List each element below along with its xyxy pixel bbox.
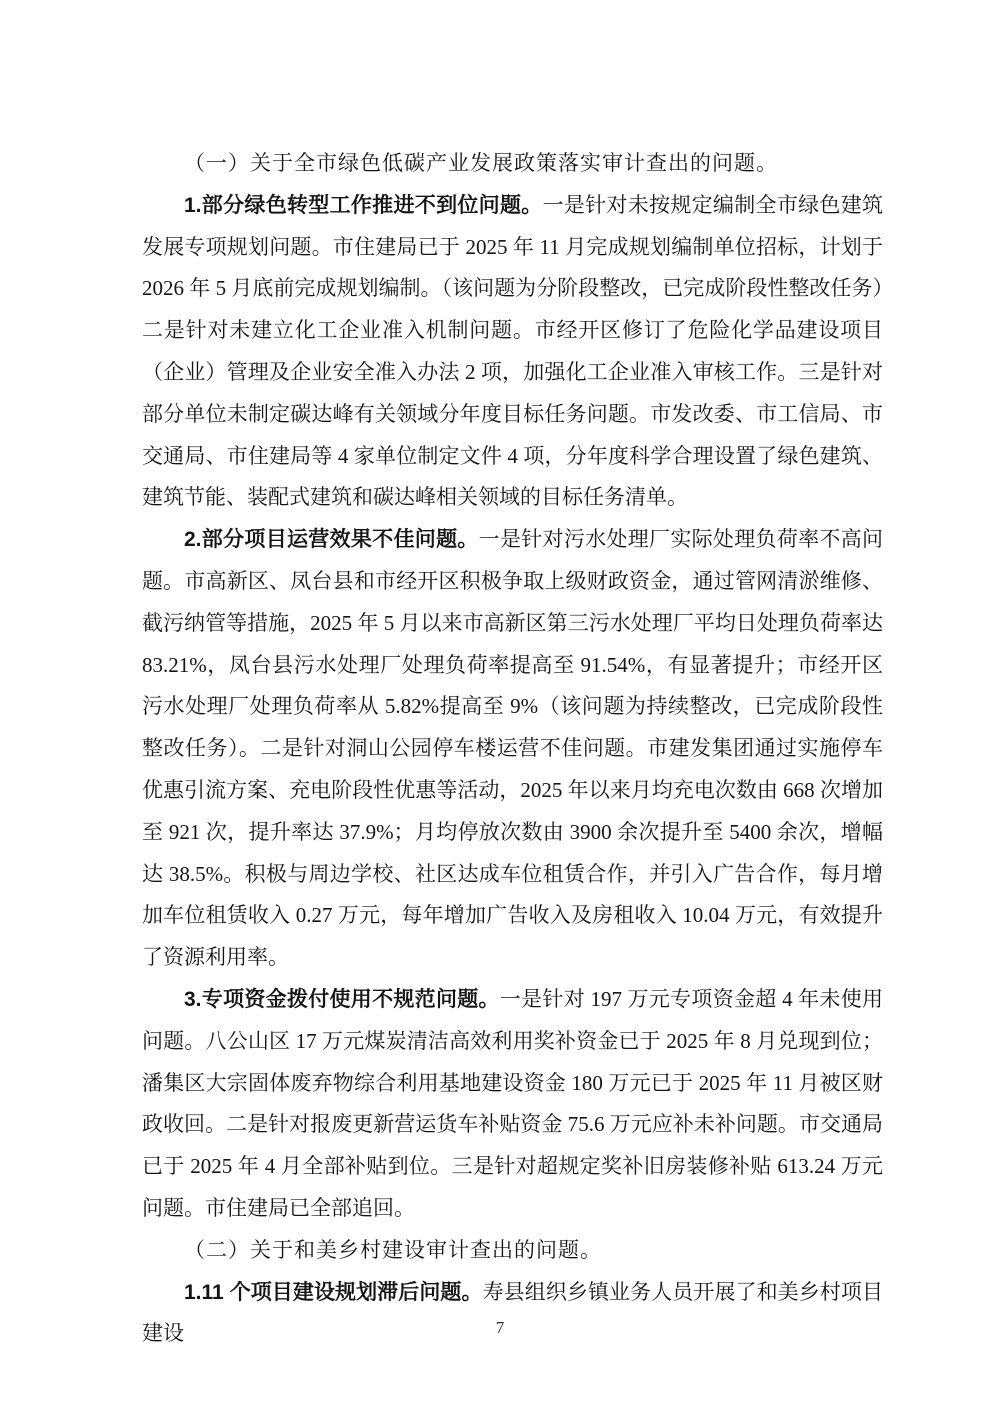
paragraph-3-lead: 3.专项资金拨付使用不规范问题。 (184, 988, 500, 1011)
paragraph-1: 1.部分绿色转型工作推进不到位问题。一是针对未按规定编制全市绿色建筑发展专项规划… (142, 185, 883, 519)
document-body: （一）关于全市绿色低碳产业发展政策落实审计查出的问题。 1.部分绿色转型工作推进… (142, 143, 883, 1355)
paragraph-1-text: 一是针对未按规定编制全市绿色建筑发展专项规划问题。市住建局已于 2025 年 1… (142, 193, 883, 510)
paragraph-4: 1.11 个项目建设规划滞后问题。寿县组织乡镇业务人员开展了和美乡村项目建设 (142, 1272, 883, 1356)
page-number: 7 (0, 1318, 1000, 1338)
paragraph-3: 3.专项资金拨付使用不规范问题。一是针对 197 万元专项资金超 4 年未使用问… (142, 979, 883, 1230)
section-heading-1: （一）关于全市绿色低碳产业发展政策落实审计查出的问题。 (142, 143, 883, 185)
paragraph-1-lead: 1.部分绿色转型工作推进不到位问题。 (184, 194, 543, 217)
paragraph-2: 2.部分项目运营效果不佳问题。一是针对污水处理厂实际处理负荷率不高问题。市高新区… (142, 519, 883, 979)
paragraph-2-lead: 2.部分项目运营效果不佳问题。 (184, 528, 479, 551)
document-page: （一）关于全市绿色低碳产业发展政策落实审计查出的问题。 1.部分绿色转型工作推进… (0, 0, 1000, 1415)
section-heading-2: （二）关于和美乡村建设审计查出的问题。 (142, 1230, 883, 1272)
paragraph-4-lead: 1.11 个项目建设规划滞后问题。 (184, 1281, 483, 1304)
paragraph-2-text: 一是针对污水处理厂实际处理负荷率不高问题。市高新区、凤台县和市经开区积极争取上级… (142, 527, 883, 969)
paragraph-3-text: 一是针对 197 万元专项资金超 4 年未使用问题。八公山区 17 万元煤炭清洁… (142, 987, 883, 1220)
